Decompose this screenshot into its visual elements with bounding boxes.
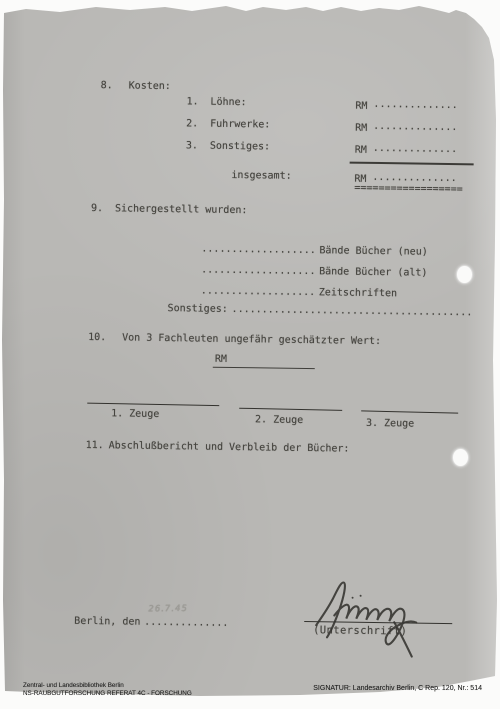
witness-1-label: 1. Zeuge	[111, 408, 159, 421]
library-name: Zentral- und Landesbibliothek Berlin	[23, 682, 192, 690]
closing-block: 26.7.45 Berlin, den .............. (Unte…	[5, 0, 500, 6]
label-zeitschriften: Zeitschriften	[319, 287, 397, 300]
section-9-title: Sichergestellt wurden:	[115, 203, 248, 217]
item-1-number: 1.	[186, 96, 198, 108]
section-10-number: 10.	[88, 332, 106, 344]
library-attribution-label: Zentral- und Landesbibliothek Berlin NS-…	[23, 682, 192, 698]
item-2-number: 2.	[186, 118, 198, 130]
section-9-number: 9.	[91, 203, 103, 215]
item-1-currency: RM	[355, 101, 367, 113]
section-11-title: Abschlußbericht und Verbleib der Bücher:	[109, 440, 350, 455]
section-10-wert: 10. Von 3 Fachleuten ungefähr geschätzte…	[5, 0, 500, 6]
section-11-number: 11.	[86, 440, 104, 452]
section-8-kosten: 8. Kosten: 1. Löhne: RM .............. 2…	[5, 0, 500, 6]
witness-line-1	[87, 403, 219, 407]
witness-2-label: 2. Zeuge	[255, 414, 303, 427]
total-double-rule: ==================	[354, 183, 463, 197]
item-3-currency: RM	[355, 145, 367, 157]
item-2-label: Fuhrwerke:	[210, 119, 270, 132]
research-department: NS-RAUBGUTFORSCHUNG REFERAT 4C - FORSCHU…	[23, 690, 192, 698]
place-date-label: Berlin, den	[74, 616, 140, 629]
section-11-abschlussbericht: 11. Abschlußbericht und Verbleib der Büc…	[5, 0, 500, 6]
rm-currency-label: RM	[215, 354, 227, 365]
section-8-title: Kosten:	[129, 81, 171, 94]
count-dots-neu: ...................	[201, 244, 316, 258]
label-baende-alt: Bände Bücher (alt)	[319, 266, 428, 280]
handwritten-date: 26.7.45	[148, 604, 188, 614]
form-content: 8. Kosten: 1. Löhne: RM .............. 2…	[0, 0, 500, 709]
item-1-label: Löhne:	[210, 97, 246, 110]
punch-hole-top	[457, 266, 472, 283]
rm-value-field: RM	[213, 354, 315, 369]
section-9-sichergestellt: 9. Sichergestellt wurden: ..............…	[5, 0, 500, 6]
label-baende-neu: Bände Bücher (neu)	[319, 245, 428, 259]
document-paper: 8. Kosten: 1. Löhne: RM .............. 2…	[0, 0, 500, 709]
scanned-document-view: 8. Kosten: 1. Löhne: RM .............. 2…	[0, 0, 500, 709]
punch-hole-bottom	[453, 449, 468, 466]
sonstiges-label: Sonstiges:	[167, 303, 227, 316]
section-8-number: 8.	[101, 80, 113, 92]
archive-signature-label: SIGNATUR: Landesarchiv Berlin, C Rep. 12…	[313, 685, 482, 692]
item-2-currency: RM	[355, 123, 367, 135]
item-1-amount-dots: ..............	[373, 99, 457, 112]
section-10-title: Von 3 Fachleuten ungefähr geschätzter We…	[122, 332, 381, 348]
item-3-label: Sonstiges:	[210, 141, 270, 154]
witness-line-3	[361, 410, 458, 414]
sonstiges-dots: ........................................	[231, 304, 472, 319]
item-3-amount-dots: ..............	[373, 143, 457, 156]
witness-3-label: 3. Zeuge	[366, 418, 414, 431]
item-3-number: 3.	[186, 140, 198, 152]
total-label: insgesamt:	[231, 170, 291, 183]
signature-handwriting	[294, 575, 465, 662]
count-dots-zeitschriften: ...................	[201, 286, 316, 300]
count-dots-alt: ...................	[201, 265, 316, 279]
place-date-dots: ..............	[144, 617, 228, 630]
witness-line-2	[239, 408, 342, 412]
item-2-amount-dots: ..............	[373, 121, 457, 134]
sum-rule	[350, 162, 474, 165]
